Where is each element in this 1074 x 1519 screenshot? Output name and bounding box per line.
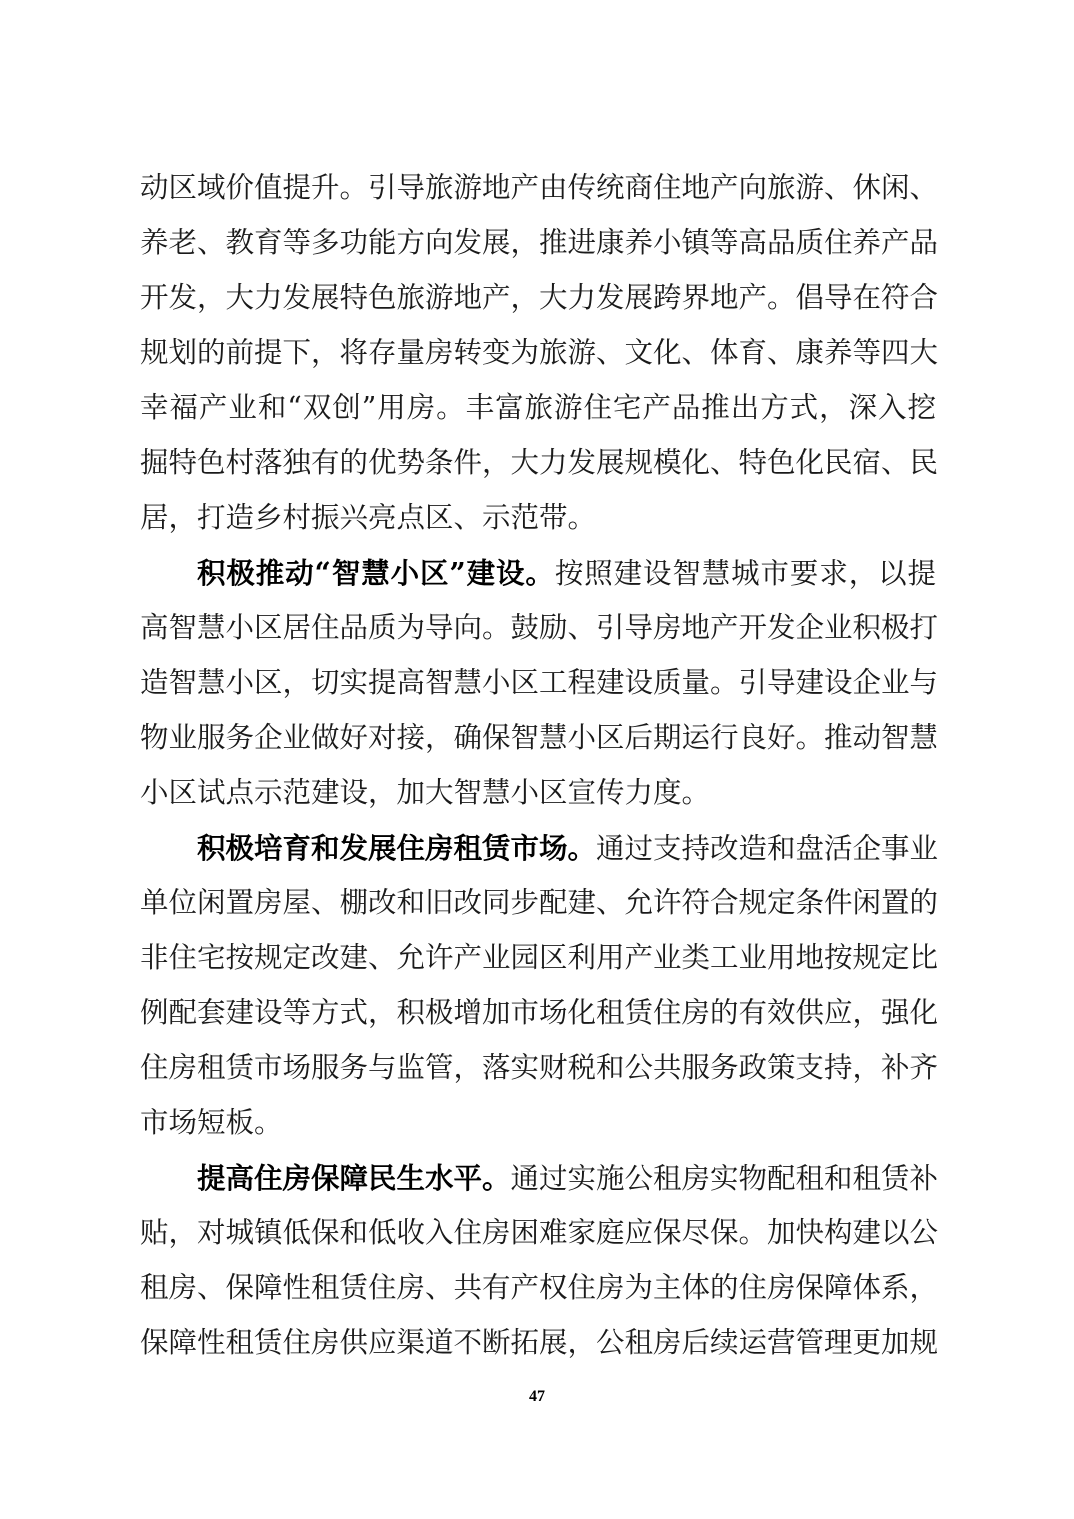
text-run: 通过实施公租房实物配租和租赁补 [511,1162,939,1195]
text-line: 居，打造乡村振兴亮点区、示范带。 [140,494,936,549]
text-line: 贴，对城镇低保和低收入住房困难家庭应保尽保。加快构建以公 [140,1209,936,1264]
text-line: 租房、保障性租赁住房、共有产权住房为主体的住房保障体系， [140,1264,936,1319]
paragraph-heading: 积极培育和发展住房租赁市场。 [197,831,596,865]
text-line: 造智慧小区，切实提高智慧小区工程建设质量。引导建设企业与 [140,659,936,714]
paragraph-rental-market: 积极培育和发展住房租赁市场。通过支持改造和盘活企事业 单位闲置房屋、棚改和旧改同… [140,824,936,1154]
text-line: 幸福产业和“双创”用房。丰富旅游住宅产品推出方式，深入挖 [140,384,936,439]
paragraph-heading: 积极推动“智慧小区”建设。 [197,556,555,590]
text-line: 市场短板。 [140,1099,936,1154]
text-line: 小区试点示范建设，加大智慧小区宣传力度。 [140,769,936,824]
text-line: 开发，大力发展特色旅游地产，大力发展跨界地产。倡导在符合 [140,274,936,329]
text-line: 保障性租赁住房供应渠道不断拓展，公租房后续运营管理更加规 [140,1319,936,1374]
paragraph-smart-community: 积极推动“智慧小区”建设。按照建设智慧城市要求，以提 高智慧小区居住品质为导向。… [140,549,936,824]
text-line: 住房租赁市场服务与监管，落实财税和公共服务政策支持，补齐 [140,1044,936,1099]
text-line: 规划的前提下，将存量房转变为旅游、文化、体育、康养等四大 [140,329,936,384]
page-number: 47 [0,1388,1074,1406]
paragraph-heading: 提高住房保障民生水平。 [197,1161,511,1195]
paragraph-tourism-real-estate: 动区域价值提升。引导旅游地产由传统商住地产向旅游、休闲、 养老、教育等多功能方向… [140,164,936,549]
text-line: 动区域价值提升。引导旅游地产由传统商住地产向旅游、休闲、 [140,164,936,219]
text-line: 单位闲置房屋、棚改和旧改同步配建、允许符合规定条件闲置的 [140,879,936,934]
text-line: 高智慧小区居住品质为导向。鼓励、引导房地产开发企业积极打 [140,604,936,659]
text-line: 掘特色村落独有的优势条件，大力发展规模化、特色化民宿、民 [140,439,936,494]
text-run: 通过支持改造和盘活企事业 [596,832,938,865]
document-body: 动区域价值提升。引导旅游地产由传统商住地产向旅游、休闲、 养老、教育等多功能方向… [140,164,936,1374]
text-run: 按照建设智慧城市要求，以提 [555,557,936,590]
text-line-with-heading: 积极推动“智慧小区”建设。按照建设智慧城市要求，以提 [140,549,936,604]
text-line: 养老、教育等多功能方向发展，推进康养小镇等高品质住养产品 [140,219,936,274]
text-line: 例配套建设等方式，积极增加市场化租赁住房的有效供应，强化 [140,989,936,1044]
text-line: 非住宅按规定改建、允许产业园区利用产业类工业用地按规定比 [140,934,936,989]
text-line-with-heading: 积极培育和发展住房租赁市场。通过支持改造和盘活企事业 [140,824,936,879]
text-line: 物业服务企业做好对接，确保智慧小区后期运行良好。推动智慧 [140,714,936,769]
paragraph-housing-security: 提高住房保障民生水平。通过实施公租房实物配租和租赁补 贴，对城镇低保和低收入住房… [140,1154,936,1374]
text-line-with-heading: 提高住房保障民生水平。通过实施公租房实物配租和租赁补 [140,1154,936,1209]
